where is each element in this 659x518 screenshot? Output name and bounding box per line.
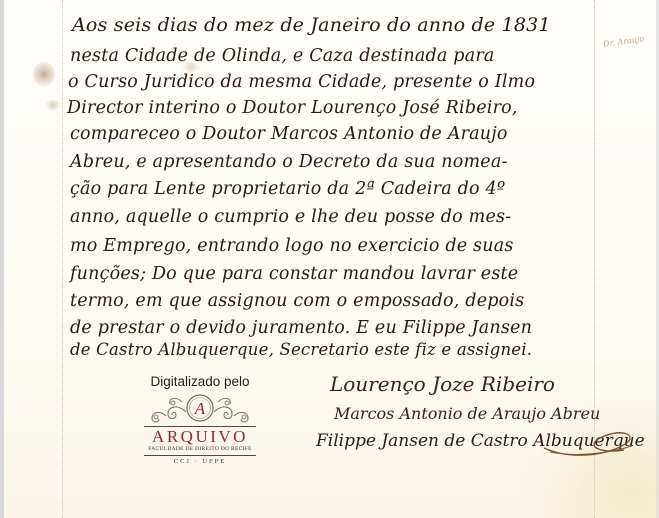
manuscript-line-11: termo, em que assignou com o empossado, … (70, 291, 524, 311)
left-margin-rule (62, 0, 63, 518)
logo-divider (144, 455, 256, 456)
manuscript-line-6: Abreu, e apresentando o Decreto da sua n… (70, 152, 508, 172)
manuscript-line-2: nesta Cidade de Olinda, e Caza destinada… (70, 46, 495, 66)
institution-label: CCJ · UFPE (130, 458, 270, 466)
ink-stain (45, 100, 61, 110)
signature-flourish-icon (540, 420, 640, 460)
margin-note: Dr. Araujo (603, 34, 645, 49)
manuscript-line-5: compareceo o Doutor Marcos Antonio de Ar… (70, 124, 508, 144)
faculty-subtitle: FACULDADE DE DIREITO DO RECIFE (130, 446, 270, 453)
manuscript-line-1: Aos seis dias do mez de Janeiro do anno … (72, 14, 551, 36)
manuscript-line-12: de prestar o devido juramento. E eu Fili… (70, 318, 532, 338)
manuscript-line-7: ção para Lente proprietario da 2ª Cadeir… (70, 179, 505, 199)
manuscript-line-10: funções; Do que para constar mandou lavr… (70, 264, 518, 284)
manuscript-line-13: de Castro Albuquerque, Secretario este f… (70, 340, 532, 359)
manuscript-page: Dr. Araujo Aos seis dias do mez de Janei… (0, 0, 659, 518)
manuscript-line-8: anno, aquelle o cumprio e lhe deu posse … (70, 207, 511, 227)
manuscript-line-3: o Curso Juridico da mesma Cidade, presen… (68, 72, 535, 92)
manuscript-line-4: Director interino o Doutor Lourenço José… (67, 98, 518, 118)
manuscript-line-9: mo Emprego, entrando logo no exercicio d… (70, 236, 514, 256)
arquivo-name: ARQUIVO (130, 428, 270, 446)
svg-text:A: A (194, 399, 206, 418)
digitized-by-caption: Digitalizado pelo (130, 374, 270, 390)
signature-lourenco-ribeiro: Lourenço Joze Ribeiro (330, 372, 555, 396)
arquivo-emblem-icon: A (142, 392, 258, 426)
arquivo-watermark-logo: Digitalizado pelo A ARQUIVO FACULDADE DE… (130, 374, 270, 466)
ink-stain (33, 62, 55, 86)
scan-border-left (0, 0, 4, 518)
